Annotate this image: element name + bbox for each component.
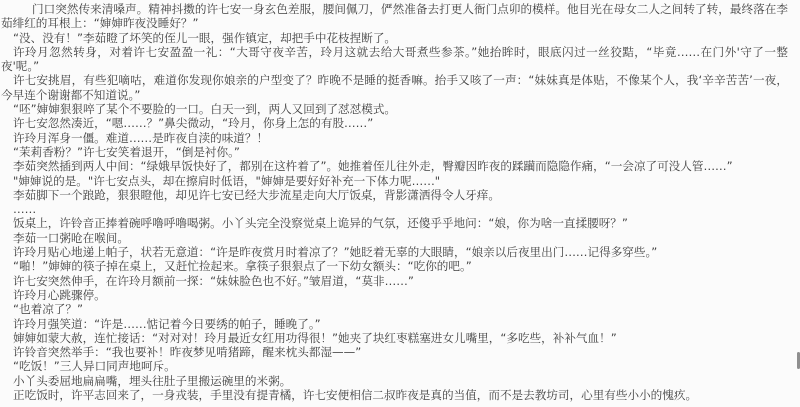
novel-paragraph: 婶婶如蒙大赦，连忙接话：“对对对！玲月最近女红用功得很！”她夹了块红枣糕塞进女儿… — [1, 331, 788, 345]
novel-paragraph: 李茹一口粥呛在喉间。 — [1, 231, 788, 245]
novel-paragraph: 小丫头委屈地扁扁嘴，埋头往肚子里搬运碗里的米粥。 — [1, 374, 788, 388]
novel-paragraph: “呸”婶婶狠狠啐了某个不要脸的一口。白天一到，两人又回到了怼怼模式。 — [1, 102, 788, 116]
novel-paragraph: 李茹脚下一个踉跄，狠狠瞪他，却见许七安已经大步流星走向大厅饭桌，背影潇洒得令人牙… — [1, 188, 788, 202]
novel-paragraph: “没、没有！”李茹瞪了坏笑的侄儿一眼，强作镇定，却把手中花枝捏断了。 — [1, 31, 788, 45]
novel-paragraph: 正吃饭时，许平志回来了，一身戎装，手里没有提青橘，许七安便相信二叔昨夜是真的当值… — [1, 388, 788, 402]
novel-paragraph: 许玲月心跳骤停。 — [1, 288, 788, 302]
novel-paragraph: 许七安突然伸手，在许玲月额前一探：“妹妹脸色也不好。”皱眉道，“莫非……” — [1, 274, 788, 288]
novel-paragraph: 许玲月贴心地递上帕子，状若无意道：“许是昨夜赏月时着凉了？”她眨着无辜的大眼睛，… — [1, 245, 788, 259]
novel-paragraph: 许七安忽然凑近，“嗯……？”鼻尖微动，“玲月，你身上怎的有股……” — [1, 116, 788, 130]
novel-paragraph: “啪！”婶婶的筷子掉在桌上，又赶忙捡起来。拿筷子狠狠点了一下幼女额头：“吃你的吧… — [1, 259, 788, 273]
novel-paragraph: …… — [1, 202, 788, 216]
novel-paragraph: 许七安挑眉，有些犯嘀咕，难道你发现你娘亲的户型变了？昨晚不是睡的挺香嘛。抬手又咳… — [1, 73, 788, 102]
novel-paragraph: 许玲月强笑道：“许是……惦记着今日要绣的帕子，睡晚了。” — [1, 317, 788, 331]
novel-paragraph: 饭桌上，许铃音正捧着碗呼噜呼噜喝粥。小丫头完全没察觉桌上诡异的气氛，还傻乎乎地问… — [1, 216, 788, 230]
novel-paragraph: “也着凉了？” — [1, 302, 788, 316]
novel-paragraph: 门口突然传来清嗓声。精神抖擞的许七安一身玄色差服，腰间佩刀，俨然准备去打更人衙门… — [1, 2, 788, 31]
novel-text: 门口突然传来清嗓声。精神抖擞的许七安一身玄色差服，腰间佩刀，俨然准备去打更人衙门… — [0, 0, 800, 407]
novel-paragraph: "婶婶说的是。"许七安点头，却在擦肩时低语，"婶婶是要好好补充一下体力呢……" — [1, 174, 788, 188]
novel-paragraph: “吃饭！”三人异口同声地呵斥。 — [1, 359, 788, 373]
novel-paragraph: 许玲月忽然转身，对着许七安盈盈一礼：“大哥守夜辛苦，玲月这就去给大哥煮些参茶。”… — [1, 45, 788, 74]
novel-paragraph: 许铃音突然举手：“我也要补！昨夜梦见啃猪蹄，醒来枕头都湿——” — [1, 345, 788, 359]
novel-paragraph: “茉莉香粉？”许七安笑着退开，“倒是衬你。” — [1, 145, 788, 159]
novel-paragraph: 许玲月浑身一僵。难道……是昨夜自渎的味道？！ — [1, 131, 788, 145]
novel-paragraph: 李茹突然插到两人中间：“绿娥早饭快好了，都别在这杵着了”。她推着侄儿往外走，臀瓣… — [1, 159, 788, 173]
